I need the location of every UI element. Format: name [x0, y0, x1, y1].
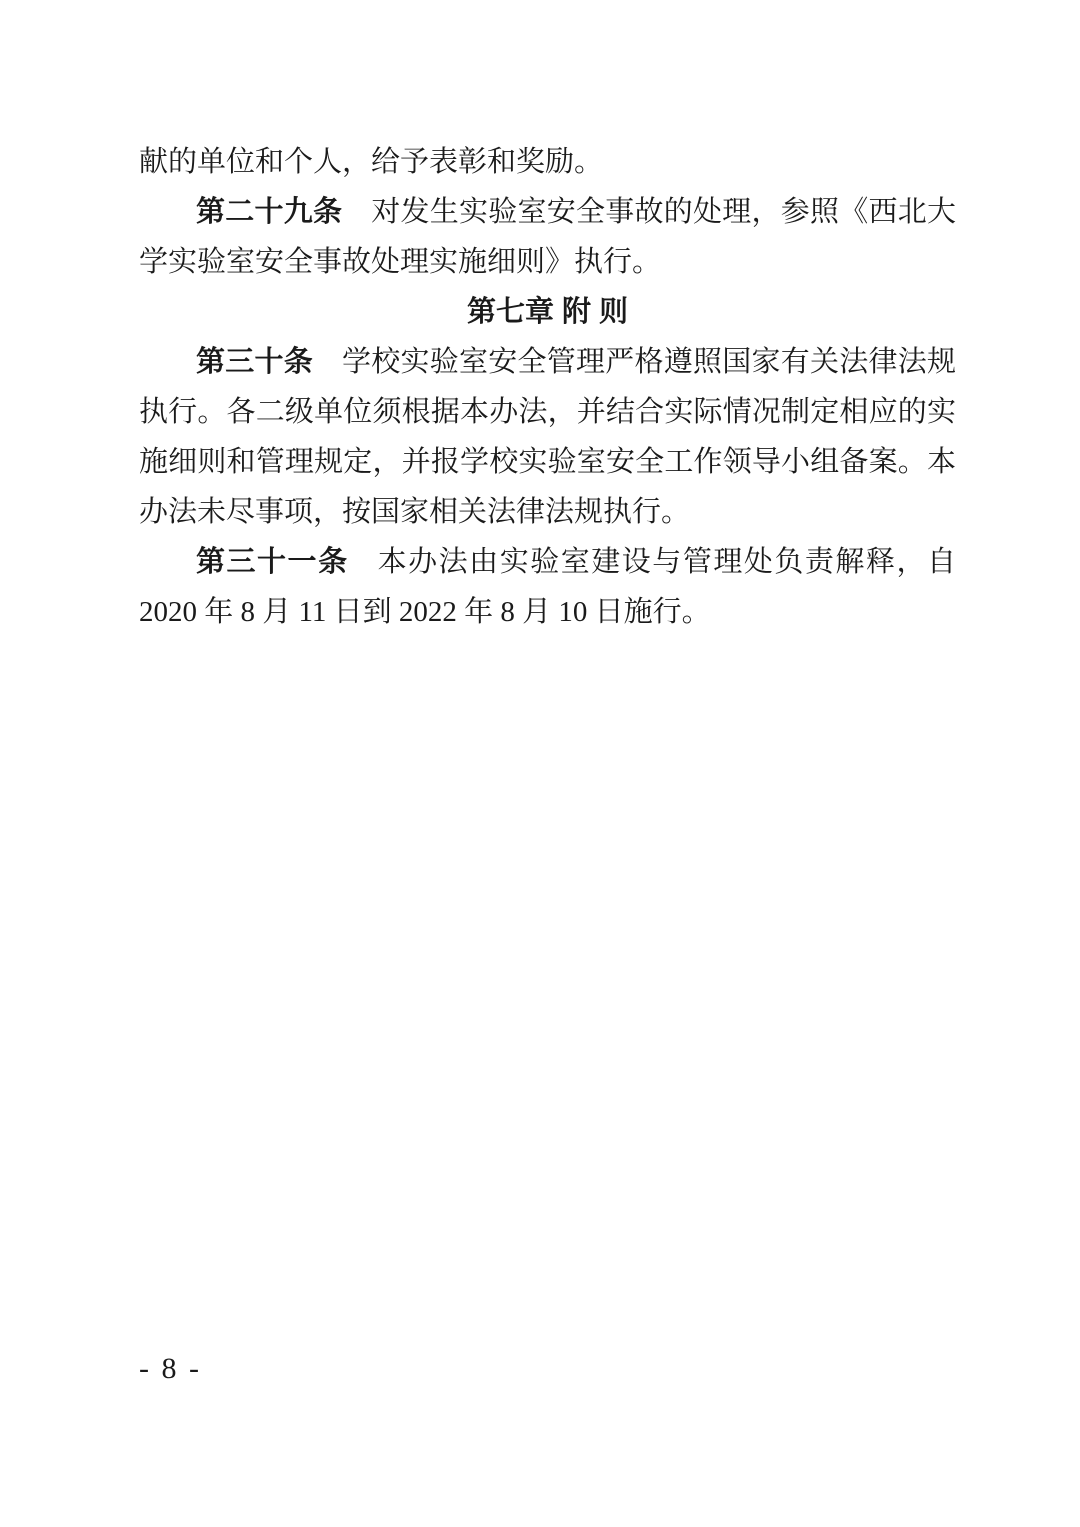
article-number-31: 第三十一条 — [196, 546, 349, 578]
chapter-heading: 第七章 附 则 — [139, 287, 956, 337]
document-body: 献的单位和个人，给予表彰和奖励。 第二十九条对发生实验室安全事故的处理，参照《西… — [139, 137, 956, 637]
paragraph-continuation: 献的单位和个人，给予表彰和奖励。 — [139, 137, 956, 187]
document-page: 献的单位和个人，给予表彰和奖励。 第二十九条对发生实验室安全事故的处理，参照《西… — [0, 0, 1080, 1527]
paragraph-text: 献的单位和个人，给予表彰和奖励。 — [139, 146, 603, 178]
paragraph-article-30: 第三十条学校实验室安全管理严格遵照国家有关法律法规执行。各二级单位须根据本办法，… — [139, 337, 956, 537]
page-number: - 8 - — [139, 1352, 199, 1386]
article-number-29: 第二十九条 — [196, 196, 342, 228]
paragraph-article-31: 第三十一条本办法由实验室建设与管理处负责解释，自 2020 年 8 月 11 日… — [139, 537, 956, 637]
article-number-30: 第三十条 — [196, 346, 313, 378]
paragraph-article-29: 第二十九条对发生实验室安全事故的处理，参照《西北大学实验室安全事故处理实施细则》… — [139, 187, 956, 287]
